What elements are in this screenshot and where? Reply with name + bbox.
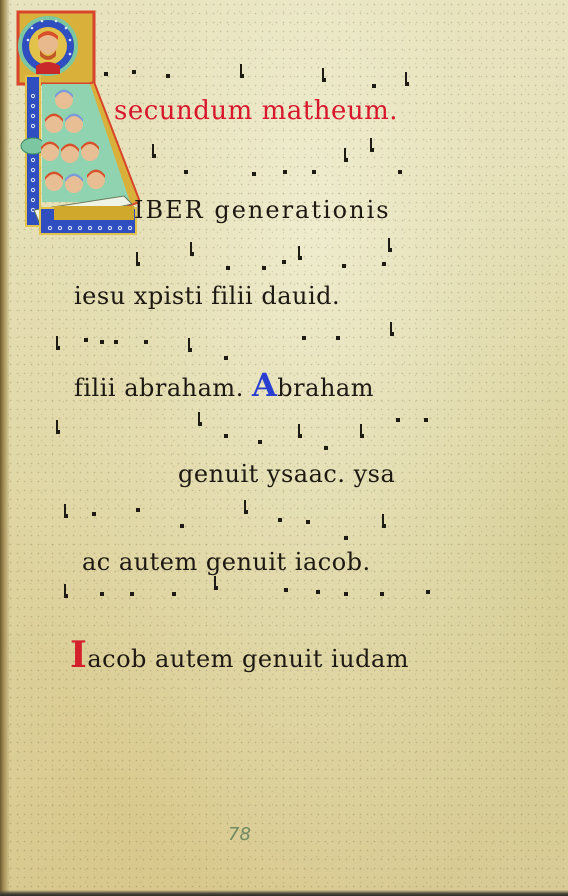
neume <box>56 430 60 434</box>
neume <box>390 332 394 336</box>
neume <box>166 74 170 78</box>
line-3-text-before: filii abraham. <box>74 374 244 402</box>
neume <box>172 592 176 596</box>
neume <box>283 170 287 174</box>
neume <box>258 440 262 444</box>
folio-number: 78 <box>228 824 251 845</box>
text-line-3: filii abraham. Abraham <box>74 366 374 404</box>
neume <box>424 418 428 422</box>
neume <box>244 510 248 514</box>
neume <box>136 508 140 512</box>
neume <box>372 84 376 88</box>
neume <box>278 518 282 522</box>
neume <box>324 446 328 450</box>
neume <box>370 148 374 152</box>
neume <box>405 82 409 86</box>
neume <box>312 170 316 174</box>
neume <box>100 340 104 344</box>
neume <box>298 256 302 260</box>
neume <box>298 434 302 438</box>
neume <box>198 422 202 426</box>
neume <box>130 592 134 596</box>
text-line-4: genuit ysaac. ysa <box>178 460 395 488</box>
neume <box>188 348 192 352</box>
neume <box>388 248 392 252</box>
rubric-title: secundum matheum. <box>114 96 398 126</box>
neume <box>224 356 228 360</box>
line-6-text: acob autem genuit iudam <box>87 645 409 673</box>
line-3-text-after: braham <box>277 374 374 402</box>
neume <box>240 74 244 78</box>
neume-row-4 <box>0 326 568 366</box>
neume <box>284 588 288 592</box>
neume <box>396 418 400 422</box>
neume <box>104 72 108 76</box>
neume <box>344 158 348 162</box>
neume-row-7 <box>0 580 568 620</box>
neume-row-6 <box>0 498 568 538</box>
neume <box>152 154 156 158</box>
neume <box>336 336 340 340</box>
neume <box>114 340 118 344</box>
neume <box>322 78 326 82</box>
text-line-2: iesu xpisti filii dauid. <box>74 282 340 310</box>
neume-row-2 <box>0 140 568 180</box>
text-line-1: IBER generationis <box>134 196 391 224</box>
neume <box>426 590 430 594</box>
red-initial-i: I <box>70 634 87 676</box>
neume <box>306 520 310 524</box>
neume <box>214 586 218 590</box>
neume <box>180 524 184 528</box>
neume <box>136 262 140 266</box>
neume <box>226 266 230 270</box>
neume <box>282 260 286 264</box>
neume <box>184 170 188 174</box>
neume <box>302 336 306 340</box>
neume <box>262 266 266 270</box>
neume <box>64 594 68 598</box>
neume <box>224 434 228 438</box>
neume <box>344 536 348 540</box>
manuscript-page: secundum matheum. IBER generationis iesu… <box>0 0 568 896</box>
neume <box>144 340 148 344</box>
neume <box>380 592 384 596</box>
neume <box>84 338 88 342</box>
text-line-6: Iacob autem genuit iudam <box>70 634 409 676</box>
neume <box>190 252 194 256</box>
neume <box>252 172 256 176</box>
neume <box>360 434 364 438</box>
neume <box>316 590 320 594</box>
text-line-5: ac autem genuit iacob. <box>82 548 371 576</box>
neume-row-5 <box>0 412 568 452</box>
neume <box>344 592 348 596</box>
neume <box>100 592 104 596</box>
neume <box>382 524 386 528</box>
blue-initial-a: A <box>252 366 277 404</box>
neume <box>342 264 346 268</box>
neume <box>398 170 402 174</box>
page-bottom-edge <box>0 890 568 896</box>
neume <box>132 70 136 74</box>
neume-row-3 <box>0 242 568 282</box>
neume <box>92 512 96 516</box>
neume <box>56 346 60 350</box>
neume <box>64 514 68 518</box>
neume <box>382 262 386 266</box>
